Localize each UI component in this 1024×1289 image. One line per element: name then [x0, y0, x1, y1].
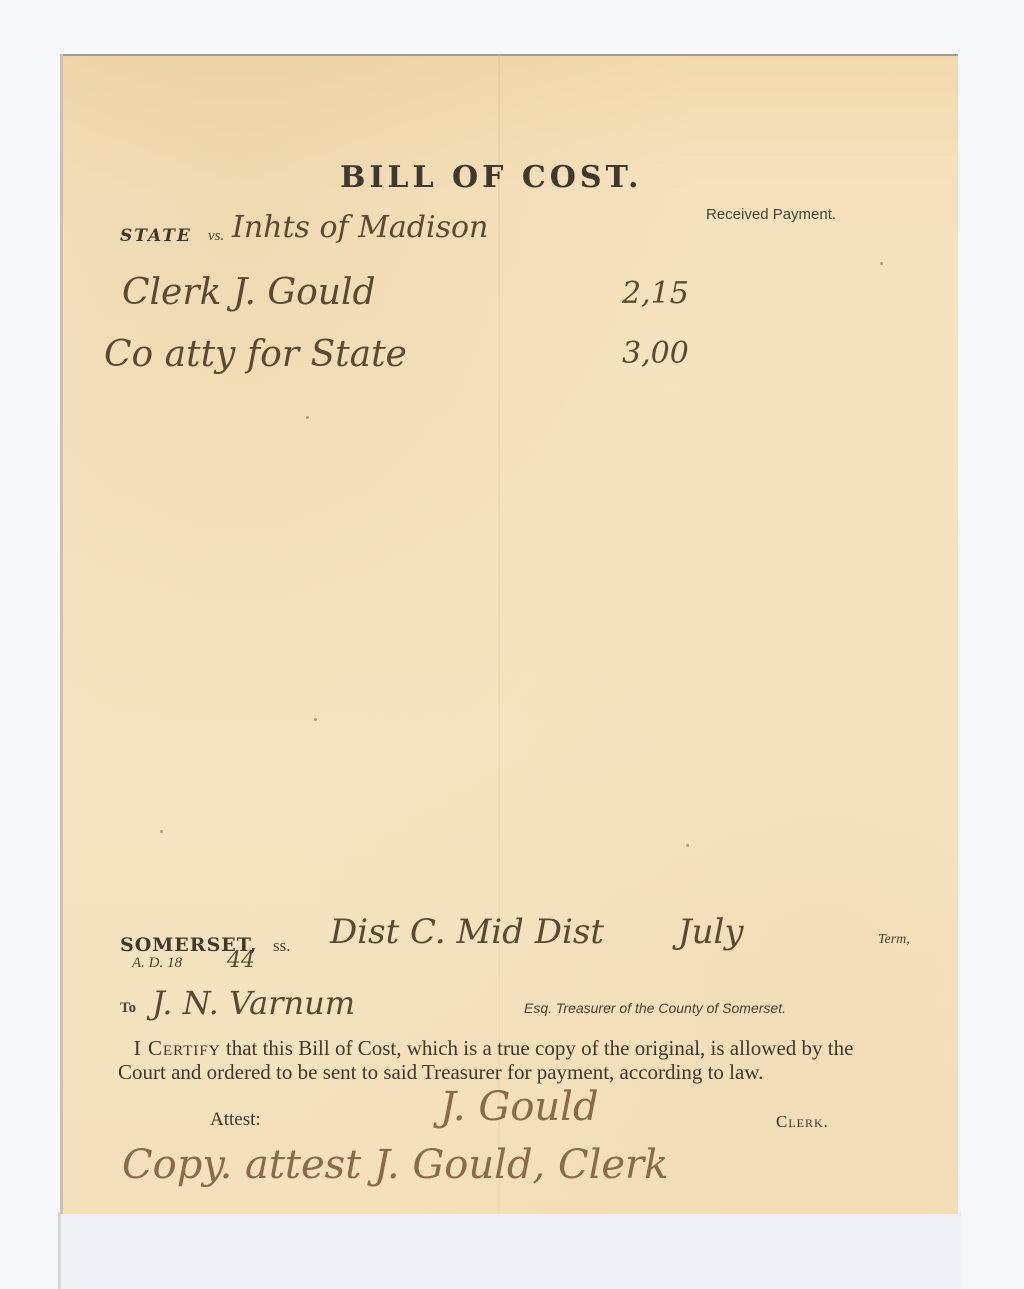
- year-handwritten: 44: [227, 948, 255, 973]
- paper-speck: [306, 416, 309, 419]
- treasurer-title-label: Esq. Treasurer of the County of Somerset…: [524, 1000, 786, 1016]
- treasurer-name-handwritten: J. N. Varnum: [152, 984, 355, 1022]
- versus-label: vs.: [208, 228, 224, 245]
- cost-item-amount: 3,00: [622, 336, 689, 371]
- paper-speck: [880, 262, 883, 265]
- paper-speck: [314, 718, 317, 721]
- term-label: Term,: [878, 932, 910, 948]
- to-label: To: [120, 1000, 136, 1017]
- ss-label: ss.: [273, 936, 290, 956]
- case-name-handwritten: Inhts of Madison: [232, 210, 488, 245]
- anno-domini-label: A. D. 18: [132, 955, 182, 972]
- clerk-label: Clerk.: [776, 1112, 829, 1132]
- copy-attest-handwritten: Copy. attest J. Gould, Clerk: [122, 1142, 668, 1188]
- scan-backing: [58, 1212, 961, 1289]
- certify-lead: I Certify: [134, 1036, 221, 1060]
- certify-body: that this Bill of Cost, which is a true …: [118, 1036, 853, 1084]
- paper-speck: [160, 830, 163, 833]
- court-handwritten: Dist C. Mid Dist: [330, 912, 604, 952]
- cost-item-description: Co atty for State: [104, 334, 407, 375]
- term-month-handwritten: July: [678, 912, 744, 952]
- paper-speck: [686, 844, 689, 847]
- state-label: STATE: [120, 226, 192, 246]
- received-payment-label: Received Payment.: [706, 206, 836, 223]
- cost-item-amount: 2,15: [622, 276, 689, 311]
- certification-text: I Certify that this Bill of Cost, which …: [118, 1036, 888, 1084]
- document-title: BILL OF COST.: [340, 160, 642, 195]
- bill-of-cost-document: BILL OF COST. STATE vs. Inhts of Madison…: [60, 54, 958, 1214]
- attest-label: Attest:: [210, 1109, 261, 1131]
- clerk-signature: J. Gould: [440, 1084, 599, 1130]
- cost-item-description: Clerk J. Gould: [122, 272, 376, 313]
